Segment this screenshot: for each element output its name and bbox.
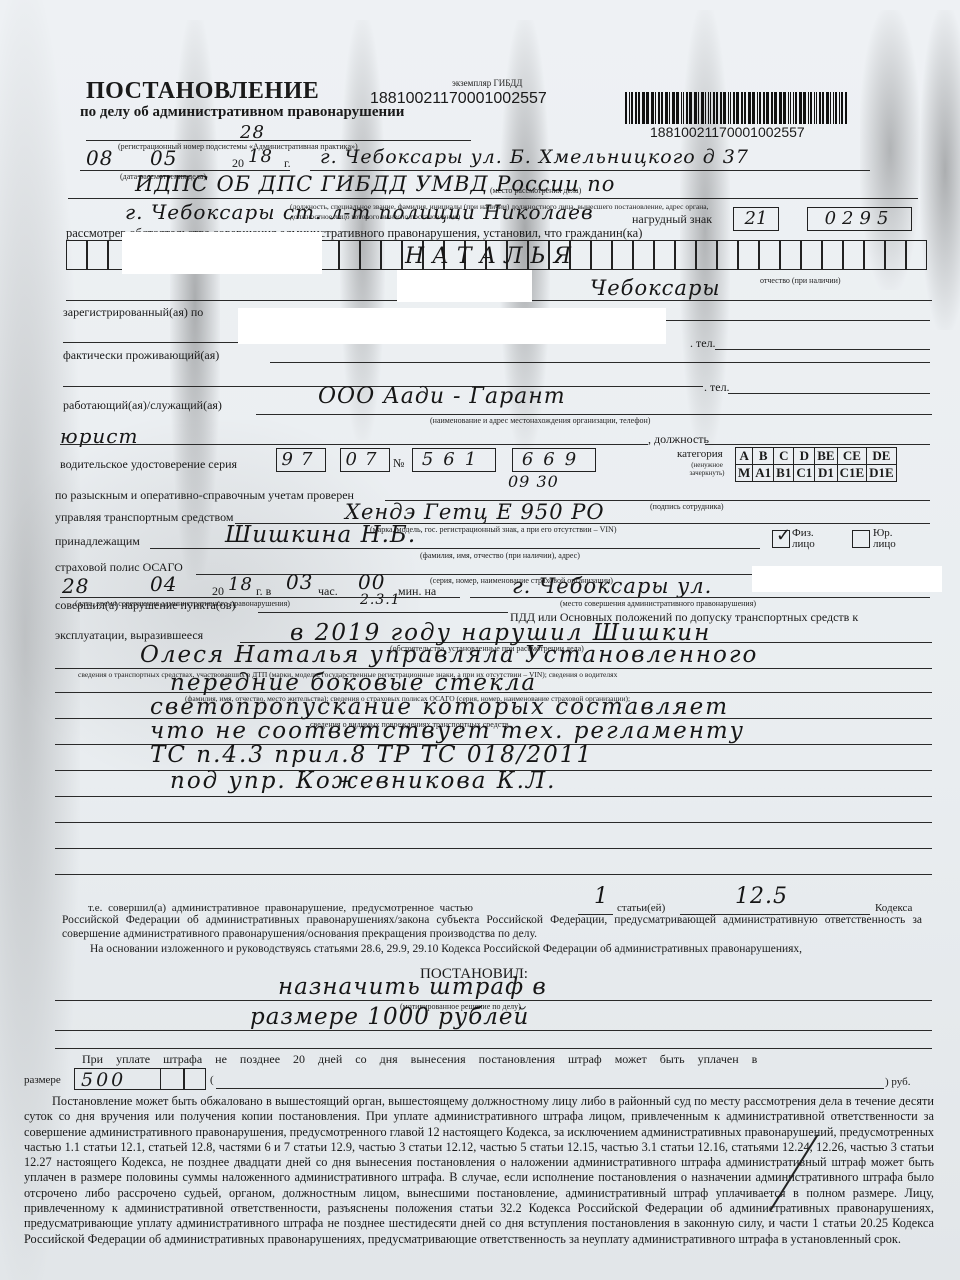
- barcode-bar: [701, 92, 704, 124]
- redacted-birth-date: [397, 270, 532, 302]
- license-series-2: 07: [340, 448, 390, 472]
- barcode-bar: [733, 92, 735, 124]
- redacted-surname: [122, 232, 322, 274]
- check-mark-icon: ✓: [776, 525, 791, 546]
- vehicle-value: Хендэ Гетц Е 950 РО: [345, 500, 605, 524]
- barcode-bar: [669, 92, 670, 124]
- barcode-bar: [774, 92, 777, 124]
- amount-label: размере: [24, 1074, 61, 1086]
- barcode-bar: [822, 92, 824, 124]
- decision-line-1: назначить штраф в: [278, 974, 547, 1000]
- amount-value: 500: [74, 1068, 184, 1090]
- checked-value: 09 30: [508, 472, 559, 491]
- name-cell: [66, 240, 87, 270]
- barcode-bar: [841, 92, 843, 124]
- barcode-bar: [771, 92, 773, 124]
- legal-person-checkbox[interactable]: [852, 530, 870, 548]
- amount-cell-divider: [160, 1068, 161, 1090]
- case-year-label: г.: [284, 156, 291, 171]
- position-label: , должность: [648, 432, 709, 447]
- barcode-bar: [766, 92, 769, 124]
- circumstances-line: передние боковые стекла: [170, 670, 537, 696]
- circumstances-line: под упр. Кожевникова К.Л.: [170, 768, 556, 794]
- barcode-bar: [795, 92, 797, 124]
- barcode-bar: [730, 92, 731, 124]
- violation-minute: 00: [358, 570, 385, 594]
- name-cell: [759, 240, 780, 270]
- license-number-2: 669: [512, 448, 596, 472]
- name-cell: [906, 240, 927, 270]
- actual-phone-label: . тел.: [704, 380, 730, 395]
- name-cell: [885, 240, 906, 270]
- barcode-bar: [728, 92, 729, 124]
- barcode-bar: [748, 92, 751, 124]
- registered-label: зарегистрированный(ая) по: [63, 305, 203, 320]
- barcode-bar: [835, 92, 837, 124]
- barcode-bar: [694, 92, 697, 124]
- barcode-bar: [638, 92, 640, 124]
- barcode-bar: [830, 92, 831, 124]
- basis-text: На основании изложенного и руководствуяс…: [62, 942, 922, 956]
- committed-text-2: Российской Федерации об административных…: [62, 913, 922, 941]
- name-cell: [717, 240, 738, 270]
- license-number-1: 561: [412, 448, 496, 472]
- owner-value: Шишкина Н.Б.: [225, 522, 416, 548]
- license-label: водительское удостоверение серия: [60, 457, 237, 472]
- registered-phone-label: . тел.: [690, 336, 716, 351]
- barcode-bar: [763, 92, 765, 124]
- barcode: [625, 92, 865, 124]
- violation-place-caption: (место совершения административного прав…: [560, 599, 756, 608]
- name-cell: [780, 240, 801, 270]
- license-category-cell: D1: [815, 465, 837, 482]
- barcode-bar: [741, 92, 743, 124]
- barcode-bar: [720, 92, 722, 124]
- barcode-bar: [698, 92, 699, 124]
- article-part: 1: [594, 884, 609, 909]
- first-name: НАТАЛЬЯ: [405, 244, 579, 269]
- barcode-bar: [635, 92, 637, 124]
- barcode-bar: [790, 92, 791, 124]
- name-cell: [381, 240, 402, 270]
- barcode-bar: [625, 92, 627, 124]
- license-no-label: №: [393, 456, 404, 471]
- barcode-bar: [710, 92, 711, 124]
- barcode-bar: [793, 92, 794, 124]
- case-year-prefix: 20: [232, 156, 244, 171]
- violation-month: 04: [150, 572, 177, 596]
- expressed-label: эксплуатации, выразившееся: [55, 628, 203, 643]
- barcode-number: 18810021170001002557: [650, 124, 805, 140]
- violation-day: 28: [62, 574, 89, 598]
- barcode-bar: [839, 92, 840, 124]
- badge-label: нагрудный знак: [632, 212, 712, 227]
- barcode-bar: [810, 92, 812, 124]
- patronymic-caption: отчество (при наличии): [760, 276, 841, 285]
- barcode-bar: [783, 92, 786, 124]
- barcode-bar: [708, 92, 709, 124]
- owner-caption: (фамилия, имя, отчество (при наличии), а…: [420, 551, 580, 560]
- category-label: категория: [677, 448, 723, 460]
- case-place: г. Чебоксары ул. Б. Хмельницкого д 37: [320, 146, 749, 168]
- owner-label: принадлежащим: [55, 534, 140, 549]
- license-category-cell: C1E: [837, 465, 867, 482]
- barcode-bar: [814, 92, 815, 124]
- barcode-bar: [713, 92, 715, 124]
- work-label: работающий(ая)/служащий(ая): [63, 398, 222, 413]
- barcode-bar: [788, 92, 789, 124]
- amount-words-open: (: [210, 1074, 214, 1086]
- physical-person-label: Физ. лицо: [792, 528, 826, 550]
- article-number: 12.5: [735, 884, 788, 909]
- barcode-bar: [803, 92, 806, 124]
- barcode-bar: [686, 92, 688, 124]
- barcode-bar: [752, 92, 755, 124]
- document-page: ПОСТАНОВЛЕНИЕ экземпляр ГИБДД 1881002117…: [0, 0, 960, 1280]
- name-cell: [633, 240, 654, 270]
- name-cell: [843, 240, 864, 270]
- barcode-bar: [826, 92, 829, 124]
- barcode-bar: [655, 92, 656, 124]
- license-category-cell: B1: [774, 465, 794, 482]
- name-cell: [87, 240, 108, 270]
- badge-series: 21: [733, 207, 779, 231]
- license-category-cell: CE: [837, 448, 867, 465]
- checked-label: по разыскным и оперативно-справочным уче…: [55, 488, 354, 503]
- barcode-bar: [661, 92, 663, 124]
- license-series-1: 97: [276, 448, 326, 472]
- case-month: 05: [150, 146, 177, 170]
- barcode-bar: [757, 92, 758, 124]
- barcode-bar: [816, 92, 817, 124]
- barcode-bar: [808, 92, 809, 124]
- clause-value: 2.3.1: [360, 592, 401, 608]
- circumstances-line: Олеся Наталья управляла Установленного: [140, 642, 758, 668]
- name-cell: [591, 240, 612, 270]
- amount-words-close: ) руб.: [885, 1076, 910, 1088]
- barcode-bar: [665, 92, 668, 124]
- license-category-cell: A: [736, 448, 753, 465]
- name-cell: [822, 240, 843, 270]
- barcode-bar: [646, 92, 649, 124]
- name-cell: [612, 240, 633, 270]
- barcode-bar: [658, 92, 660, 124]
- license-category-cell: B: [753, 448, 774, 465]
- document-title: ПОСТАНОВЛЕНИЕ: [86, 78, 319, 105]
- violation-place: г. Чебоксары ул.: [512, 574, 712, 598]
- barcode-bar: [631, 92, 633, 124]
- license-category-cell: D1E: [867, 465, 897, 482]
- barcode-bar: [779, 92, 782, 124]
- category-caption: (ненужное зачеркнуть): [686, 461, 728, 477]
- license-category-cell: BE: [815, 448, 837, 465]
- violation-hour: 03: [286, 570, 313, 594]
- name-cell: [696, 240, 717, 270]
- barcode-bar: [672, 92, 675, 124]
- name-cell: [339, 240, 360, 270]
- amount-cell: [184, 1068, 206, 1090]
- barcode-bar: [833, 92, 834, 124]
- barcode-bar: [629, 92, 630, 124]
- document-subtitle: по делу об административном правонарушен…: [80, 104, 404, 121]
- barcode-bar: [683, 92, 684, 124]
- barcode-bar: [799, 92, 802, 124]
- barcode-bar: [716, 92, 718, 124]
- license-category-cell: C1: [794, 465, 815, 482]
- license-category-cell: DE: [867, 448, 897, 465]
- barcode-bar: [681, 92, 682, 124]
- name-cell: [675, 240, 696, 270]
- circumstances-line: светопропускание которых составляет: [150, 694, 729, 720]
- work-value: ООО Аади - Гарант: [318, 384, 566, 409]
- license-category-cell: C: [774, 448, 794, 465]
- barcode-bar: [723, 92, 726, 124]
- name-cell: [864, 240, 885, 270]
- barcode-bar: [651, 92, 654, 124]
- barcode-bar: [759, 92, 761, 124]
- case-day: 08: [86, 146, 113, 170]
- category-grid: ABCDBECEDEMA1B1C1D1C1ED1E: [735, 447, 897, 482]
- physical-person-checkbox[interactable]: ✓: [772, 530, 790, 548]
- barcode-bar: [705, 92, 706, 124]
- name-cell: [801, 240, 822, 270]
- barcode-bar: [676, 92, 679, 124]
- birth-place: Чебоксары: [590, 276, 721, 300]
- barcode-bar: [744, 92, 746, 124]
- work-caption: (наименование и адрес местонахождения ор…: [430, 416, 650, 425]
- badge-number: 0295: [807, 207, 912, 231]
- case-year-suffix: 18: [248, 146, 273, 167]
- violation-year-suffix: 18: [228, 574, 253, 595]
- legal-person-label: Юр. лицо: [873, 528, 903, 550]
- vehicle-label: управляя транспортным средством: [55, 510, 233, 525]
- circumstances-line: что не соответствует тех. регламенту: [150, 718, 745, 744]
- copy-label: экземпляр ГИБДД: [452, 78, 522, 88]
- license-category-cell: D: [794, 448, 815, 465]
- license-category-cell: A1: [753, 465, 774, 482]
- barcode-bar: [819, 92, 821, 124]
- redacted-address: [238, 308, 666, 344]
- name-cell: [360, 240, 381, 270]
- circumstances-line: ТС п.4.3 прил.8 ТР ТС 018/2011: [150, 742, 593, 768]
- barcode-bar: [689, 92, 692, 124]
- barcode-bar: [736, 92, 739, 124]
- barcode-bar: [845, 92, 847, 124]
- checked-caption: (подпись сотрудника): [650, 502, 724, 511]
- name-cell: [738, 240, 759, 270]
- clause-label: совершил(а) нарушение пункта(ов): [55, 598, 235, 613]
- actual-address-label: фактически проживающий(ая): [63, 348, 219, 363]
- redacted-violation-place: [752, 566, 942, 592]
- payment-text: При уплате штрафа не позднее 20 дней со …: [62, 1052, 932, 1067]
- name-cell: [654, 240, 675, 270]
- copy-smudge: [920, 10, 960, 330]
- official-place-caption: (место рассмотрения дела): [490, 186, 581, 195]
- barcode-bar: [642, 92, 645, 124]
- license-category-cell: M: [736, 465, 753, 482]
- decision-line-2: размере 1000 рублей: [250, 1004, 529, 1030]
- appeal-text: Постановление может быть обжаловано в вы…: [24, 1094, 934, 1247]
